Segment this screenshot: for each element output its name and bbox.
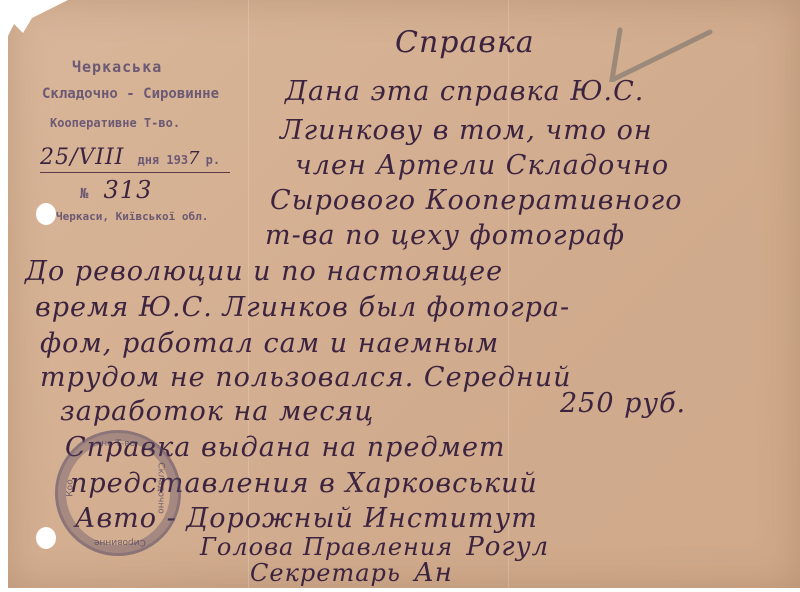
date-printed: дня 193 (137, 153, 188, 167)
signature-mark: Ан (414, 558, 453, 588)
round-seal: -не Т-во Сировинне Коо Складочно (55, 430, 181, 556)
body-line: т-ва по цеху фотограф (265, 220, 625, 251)
stamp-date: 25/VIII дня 1937 р. (40, 145, 220, 170)
body-line: До революции и по настоящее (25, 256, 503, 287)
signature-secretary: Секретарь Ан (250, 558, 453, 588)
seal-text-right: Складочно (155, 462, 165, 513)
date-handwritten: 25/VIII (40, 145, 124, 170)
body-line: фом, работал сам и наемным (40, 328, 499, 359)
punch-hole (36, 527, 56, 549)
stamp-location: Черкаси, Київської обл. (56, 210, 208, 223)
stamp-line-3: Кооперативне Т-во. (50, 116, 180, 130)
signature-mark: Рогул (466, 532, 549, 562)
body-line: время Ю.С. Лгинков был фотогра- (35, 292, 570, 323)
date-underline (40, 172, 230, 173)
seal-text-top: -не Т-во (98, 439, 135, 449)
number-label: № (80, 186, 88, 202)
body-line: Сырового Кооперативного (270, 185, 682, 216)
stamp-line-2: Складочно - Сировинне (42, 86, 219, 102)
body-line: заработок на месяц (60, 396, 374, 427)
seal-text-left: Коо (66, 479, 76, 496)
signature-role: Секретарь (250, 559, 401, 587)
pencil-check-icon (600, 22, 720, 82)
body-line: член Артели Складочно (295, 150, 669, 181)
salary-amount: 250 руб. (560, 388, 686, 419)
signature-role: Голова Правления (200, 533, 453, 561)
stamp-line-1: Черкаська (72, 58, 162, 76)
body-line: Дана эта справка Ю.С. (285, 76, 644, 107)
year-handwritten: 7 (188, 148, 200, 169)
stamp-number: № 313 (80, 176, 152, 204)
seal-text-bottom: Сировинне (94, 537, 146, 547)
punch-hole (36, 203, 56, 225)
number-value: 313 (104, 176, 153, 204)
document-title: Справка (395, 25, 535, 60)
body-line: трудом не пользовался. Середний (40, 362, 572, 393)
torn-corner (8, 0, 68, 60)
body-line: Лгинкову в том, что он (280, 115, 653, 146)
year-suffix: р. (206, 153, 220, 167)
